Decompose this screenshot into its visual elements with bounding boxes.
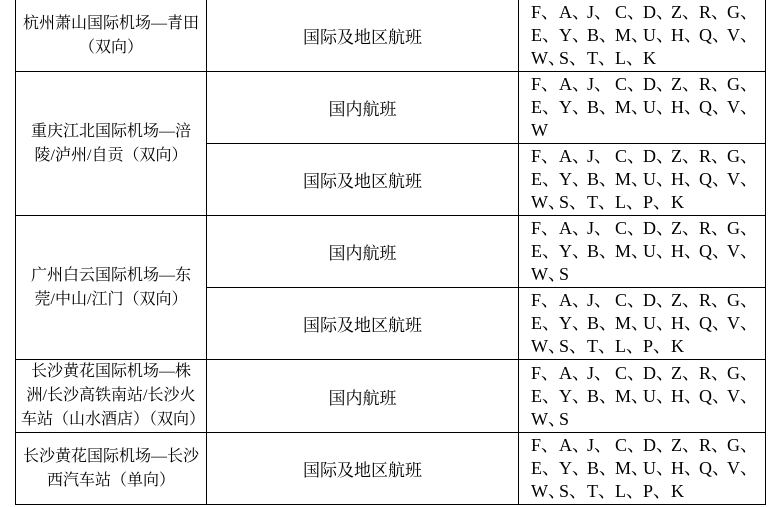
flight-type-cell: 国内航班 (207, 216, 519, 288)
route-cell: 长沙黄花国际机场—长沙西汽车站（单向） (16, 433, 207, 505)
cabin-class: U、 (643, 312, 671, 335)
cabin-class: J、 (587, 145, 615, 168)
flight-type-cell: 国内航班 (207, 72, 519, 144)
cabin-classes-cell: F、A、J、C、D、Z、R、G、E、Y、B、M、U、H、Q、V、W、S (519, 216, 766, 288)
cabin-class: A、 (559, 434, 587, 457)
cabin-class: Y、 (559, 96, 587, 119)
cabin-class: Y、 (559, 457, 587, 480)
cabin-class: K (643, 47, 671, 70)
cabin-class: H、 (671, 312, 699, 335)
cabin-class: C、 (615, 362, 643, 385)
cabin-class: L、 (615, 480, 643, 503)
cabin-class: G、 (727, 362, 755, 385)
cabin-class: U、 (643, 168, 671, 191)
cabin-class: E、 (531, 168, 559, 191)
cabin-class: M、 (615, 385, 643, 408)
cabin-class: T、 (587, 191, 615, 214)
cabin-class: R、 (699, 217, 727, 240)
cabin-class: A、 (559, 1, 587, 24)
cabin-class: Q、 (699, 312, 727, 335)
cabin-class: W、 (531, 480, 559, 503)
cabin-class: L、 (615, 47, 643, 70)
cabin-class: J、 (587, 1, 615, 24)
cabin-class: A、 (559, 362, 587, 385)
cabin-class: Q、 (699, 96, 727, 119)
cabin-class: E、 (531, 24, 559, 47)
cabin-class-table: 杭州萧山国际机场—青田（双向） 国际及地区航班 F、A、J、C、D、Z、R、G、… (15, 0, 766, 505)
flight-type-cell: 国际及地区航班 (207, 433, 519, 505)
cabin-class: Z、 (671, 289, 699, 312)
cabin-class: Y、 (559, 240, 587, 263)
cabin-class: K (671, 191, 699, 214)
cabin-class: D、 (643, 434, 671, 457)
cabin-class: P、 (643, 191, 671, 214)
cabin-class: W、 (531, 335, 559, 358)
cabin-class: H、 (671, 168, 699, 191)
route-cell: 杭州萧山国际机场—青田（双向） (16, 0, 207, 72)
cabin-class: M、 (615, 312, 643, 335)
cabin-class: R、 (699, 362, 727, 385)
cabin-class: H、 (671, 385, 699, 408)
cabin-classes-cell: F、A、J、C、D、Z、R、G、E、Y、B、M、U、H、Q、V、W、S、T、L、… (519, 288, 766, 360)
cabin-class: B、 (587, 96, 615, 119)
cabin-class: J、 (587, 289, 615, 312)
cabin-class: A、 (559, 217, 587, 240)
table-row: 重庆江北国际机场—涪陵/泸州/自贡（双向） 国内航班 F、A、J、C、D、Z、R… (16, 72, 766, 144)
cabin-class: U、 (643, 24, 671, 47)
cabin-class: Z、 (671, 434, 699, 457)
flight-type-cell: 国际及地区航班 (207, 288, 519, 360)
cabin-classes-cell: F、A、J、C、D、Z、R、G、E、Y、B、M、U、H、Q、V、W、S、T、L、… (519, 433, 766, 505)
route-cell: 重庆江北国际机场—涪陵/泸州/自贡（双向） (16, 72, 207, 216)
cabin-class: D、 (643, 1, 671, 24)
cabin-class: U、 (643, 457, 671, 480)
cabin-class: A、 (559, 73, 587, 96)
cabin-class: D、 (643, 289, 671, 312)
cabin-class: Y、 (559, 168, 587, 191)
cabin-class: F、 (531, 73, 559, 96)
cabin-class: D、 (643, 362, 671, 385)
cabin-class: W、 (531, 408, 559, 431)
cabin-class: V、 (727, 385, 755, 408)
cabin-class: R、 (699, 1, 727, 24)
cabin-class: F、 (531, 434, 559, 457)
cabin-class: Z、 (671, 217, 699, 240)
cabin-class: Y、 (559, 312, 587, 335)
route-cell: 长沙黄花国际机场—株洲/长沙高铁南站/长沙火车站（山水酒店）（双向） (16, 360, 207, 433)
cabin-class: G、 (727, 145, 755, 168)
route-cell: 广州白云国际机场—东莞/中山/江门（双向） (16, 216, 207, 360)
cabin-class: Q、 (699, 385, 727, 408)
cabin-class: E、 (531, 457, 559, 480)
cabin-class: V、 (727, 240, 755, 263)
cabin-class: Z、 (671, 362, 699, 385)
table-row: 长沙黄花国际机场—株洲/长沙高铁南站/长沙火车站（山水酒店）（双向） 国内航班 … (16, 360, 766, 433)
cabin-class: U、 (643, 385, 671, 408)
cabin-class: S (559, 408, 587, 431)
cabin-class: G、 (727, 434, 755, 457)
cabin-class: G、 (727, 217, 755, 240)
cabin-class: C、 (615, 1, 643, 24)
cabin-class: Y、 (559, 385, 587, 408)
cabin-classes-cell: F、A、J、C、D、Z、R、G、E、Y、B、M、U、H、Q、V、W (519, 72, 766, 144)
cabin-class: A、 (559, 289, 587, 312)
cabin-class: E、 (531, 240, 559, 263)
cabin-classes-cell: F、A、J、C、D、Z、R、G、E、Y、B、M、U、H、Q、V、W、S (519, 360, 766, 433)
cabin-class: V、 (727, 168, 755, 191)
cabin-class: M、 (615, 24, 643, 47)
cabin-class: C、 (615, 289, 643, 312)
cabin-class: V、 (727, 96, 755, 119)
cabin-class: C、 (615, 217, 643, 240)
cabin-class: B、 (587, 168, 615, 191)
cabin-class: S、 (559, 191, 587, 214)
cabin-classes-cell: F、A、J、C、D、Z、R、G、E、Y、B、M、U、H、Q、V、W、S、T、L、… (519, 0, 766, 72)
cabin-class: T、 (587, 47, 615, 70)
flight-type-cell: 国际及地区航班 (207, 0, 519, 72)
cabin-class: S、 (559, 47, 587, 70)
cabin-class: F、 (531, 362, 559, 385)
cabin-class: C、 (615, 434, 643, 457)
cabin-class: G、 (727, 289, 755, 312)
cabin-class: M、 (615, 168, 643, 191)
cabin-class: Q、 (699, 24, 727, 47)
cabin-class: C、 (615, 73, 643, 96)
cabin-class: S (559, 263, 587, 286)
cabin-class: B、 (587, 457, 615, 480)
cabin-classes-cell: F、A、J、C、D、Z、R、G、E、Y、B、M、U、H、Q、V、W、S、T、L、… (519, 144, 766, 216)
cabin-class: A、 (559, 145, 587, 168)
cabin-class: Z、 (671, 73, 699, 96)
cabin-class: G、 (727, 73, 755, 96)
cabin-class: Z、 (671, 145, 699, 168)
cabin-class: F、 (531, 1, 559, 24)
cabin-class: F、 (531, 289, 559, 312)
cabin-class: H、 (671, 240, 699, 263)
cabin-class: R、 (699, 73, 727, 96)
cabin-class: K (671, 480, 699, 503)
cabin-class: V、 (727, 24, 755, 47)
cabin-class: J、 (587, 217, 615, 240)
cabin-class: D、 (643, 217, 671, 240)
cabin-class: B、 (587, 24, 615, 47)
cabin-class: E、 (531, 385, 559, 408)
cabin-class: C、 (615, 145, 643, 168)
cabin-class: P、 (643, 335, 671, 358)
table-row: 长沙黄花国际机场—长沙西汽车站（单向） 国际及地区航班 F、A、J、C、D、Z、… (16, 433, 766, 505)
cabin-class: B、 (587, 385, 615, 408)
cabin-class: D、 (643, 73, 671, 96)
cabin-class: J、 (587, 434, 615, 457)
cabin-class: W、 (531, 47, 559, 70)
cabin-class: J、 (587, 362, 615, 385)
cabin-class: P、 (643, 480, 671, 503)
cabin-class: Q、 (699, 168, 727, 191)
cabin-class: Y、 (559, 24, 587, 47)
cabin-class: S、 (559, 335, 587, 358)
cabin-class: H、 (671, 457, 699, 480)
cabin-class: Q、 (699, 457, 727, 480)
cabin-class: K (671, 335, 699, 358)
cabin-class: E、 (531, 312, 559, 335)
table-row: 杭州萧山国际机场—青田（双向） 国际及地区航班 F、A、J、C、D、Z、R、G、… (16, 0, 766, 72)
cabin-class: F、 (531, 145, 559, 168)
cabin-class: B、 (587, 312, 615, 335)
cabin-class: R、 (699, 145, 727, 168)
cabin-class: F、 (531, 217, 559, 240)
cabin-class: H、 (671, 24, 699, 47)
cabin-class: W、 (531, 191, 559, 214)
cabin-class: Z、 (671, 1, 699, 24)
cabin-class: R、 (699, 434, 727, 457)
flight-type-cell: 国际及地区航班 (207, 144, 519, 216)
cabin-class: L、 (615, 191, 643, 214)
cabin-class: R、 (699, 289, 727, 312)
cabin-class: G、 (727, 1, 755, 24)
cabin-class: W (531, 119, 559, 142)
cabin-class: J、 (587, 73, 615, 96)
cabin-class: Q、 (699, 240, 727, 263)
cabin-class: V、 (727, 312, 755, 335)
cabin-class: U、 (643, 96, 671, 119)
cabin-class: M、 (615, 96, 643, 119)
cabin-class: T、 (587, 335, 615, 358)
table-row: 广州白云国际机场—东莞/中山/江门（双向） 国内航班 F、A、J、C、D、Z、R… (16, 216, 766, 288)
document-page: 杭州萧山国际机场—青田（双向） 国际及地区航班 F、A、J、C、D、Z、R、G、… (0, 0, 780, 507)
cabin-class: M、 (615, 240, 643, 263)
cabin-class: H、 (671, 96, 699, 119)
cabin-class: M、 (615, 457, 643, 480)
cabin-class: B、 (587, 240, 615, 263)
cabin-class: E、 (531, 96, 559, 119)
cabin-class: D、 (643, 145, 671, 168)
cabin-class: V、 (727, 457, 755, 480)
cabin-class: U、 (643, 240, 671, 263)
cabin-class: S、 (559, 480, 587, 503)
cabin-class: L、 (615, 335, 643, 358)
flight-type-cell: 国内航班 (207, 360, 519, 433)
cabin-class: T、 (587, 480, 615, 503)
cabin-class: W、 (531, 263, 559, 286)
